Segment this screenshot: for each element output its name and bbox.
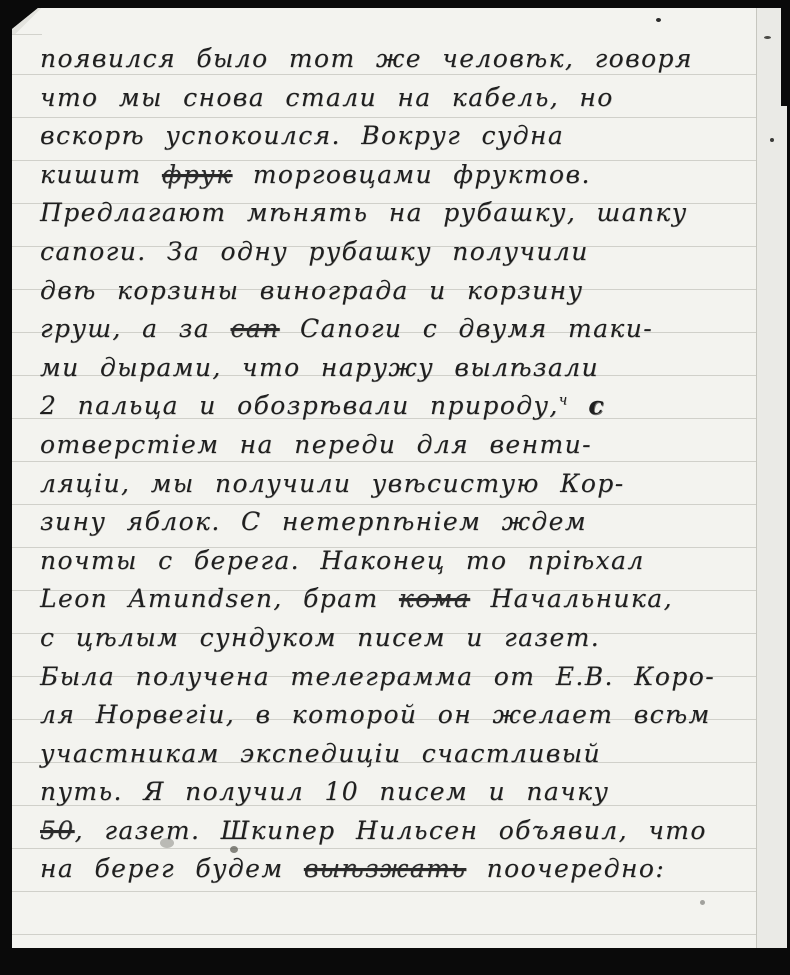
handwriting-segment: Предлагают мѣнять на рубашку, шапку xyxy=(40,198,688,227)
manuscript-line: Была получена телеграмма от Е.В. Коро- xyxy=(40,662,775,701)
manuscript-line: с цѣлым сундуком писем и газет. xyxy=(40,623,775,662)
manuscript-line: путь. Я получил 10 писем и пачку xyxy=(40,777,775,816)
manuscript-line: на берег будем выѣзжать поочередно: xyxy=(40,854,775,893)
struck-word: фрук xyxy=(162,160,233,189)
handwriting-segment: с xyxy=(567,391,605,420)
manuscript-line: вскорѣ успокоился. Вокруг судна xyxy=(40,121,775,160)
handwriting-segment: ляціи, мы получили увѣсистую Кор- xyxy=(40,469,625,498)
struck-word: выѣзжать xyxy=(304,854,466,883)
handwriting-segment: на берег будем xyxy=(40,854,304,883)
manuscript-line: Предлагают мѣнять на рубашку, шапку xyxy=(40,198,775,237)
struck-word: сап xyxy=(230,314,279,343)
manuscript-line: груш, а за сап Сапоги с двумя таки- xyxy=(40,314,775,353)
handwriting-segment: двѣ корзины винограда и корзину xyxy=(40,276,583,305)
manuscript-line: зину яблок. С нетерпѣніем ждем xyxy=(40,507,775,546)
handwriting-segment: с цѣлым сундуком писем и газет. xyxy=(40,623,600,652)
handwriting-segment: , газет. Шкипер Нильсен объявил, что xyxy=(75,816,707,845)
struck-word: кома xyxy=(399,584,470,613)
handwriting-segment: появился было тот же человѣк, говоря xyxy=(40,44,693,73)
handwriting-segment: ми дырами, что наружу вылѣзали xyxy=(40,353,599,382)
manuscript-line: отверстіем на переди для венти- xyxy=(40,430,775,469)
handwriting-segment: груш, а за xyxy=(40,314,230,343)
handwriting-segment: вскорѣ успокоился. Вокруг судна xyxy=(40,121,564,150)
manuscript-line: участникам экспедиціи счастливый xyxy=(40,739,775,778)
handwriting-segment: Сапоги с двумя таки- xyxy=(280,314,653,343)
scanned-page: появился было тот же человѣк, говорячто … xyxy=(0,0,790,975)
handwriting-segment: почты с берега. Наконец то пріѣхал xyxy=(40,546,645,575)
manuscript-line: кишит фрук торговцами фруктов. xyxy=(40,160,775,199)
handwriting-segment: Leon Amundsen, брат xyxy=(40,584,399,613)
handwriting-segment: Была получена телеграмма от Е.В. Коро- xyxy=(40,662,715,691)
handwriting-segment: отверстіем на переди для венти- xyxy=(40,430,592,459)
struck-word: 50 xyxy=(40,816,75,845)
handwriting-segment: сапоги. За одну рубашку получили xyxy=(40,237,589,266)
manuscript-line: появился было тот же человѣк, говоря xyxy=(40,44,775,83)
manuscript-lines: появился было тот же человѣк, говорячто … xyxy=(12,8,787,948)
manuscript-line: 2 пальца и обозрѣвали природу,ч с xyxy=(40,391,775,430)
handwriting-segment: Начальника, xyxy=(470,584,673,613)
handwriting-segment: поочередно: xyxy=(466,854,665,883)
handwriting-segment: 2 пальца и обозрѣвали природу, xyxy=(40,391,559,420)
manuscript-line: 50, газет. Шкипер Нильсен объявил, что xyxy=(40,816,775,855)
handwriting-segment: путь. Я получил 10 писем и пачку xyxy=(40,777,609,806)
handwriting-segment: ля Норвегіи, в которой он желает всѣм xyxy=(40,700,711,729)
manuscript-line: ля Норвегіи, в которой он желает всѣм xyxy=(40,700,775,739)
handwriting-segment: что мы снова стали на кабель, но xyxy=(40,83,614,112)
handwriting-segment: кишит xyxy=(40,160,162,189)
manuscript-line: ми дырами, что наружу вылѣзали xyxy=(40,353,775,392)
manuscript-line: почты с берега. Наконец то пріѣхал xyxy=(40,546,775,585)
manuscript-line: двѣ корзины винограда и корзину xyxy=(40,276,775,315)
manuscript-line: что мы снова стали на кабель, но xyxy=(40,83,775,122)
manuscript-line: сапоги. За одну рубашку получили xyxy=(40,237,775,276)
handwriting-segment: торговцами фруктов. xyxy=(232,160,590,189)
manuscript-line: ляціи, мы получили увѣсистую Кор- xyxy=(40,469,775,508)
manuscript-line: Leon Amundsen, брат кома Начальника, xyxy=(40,584,775,623)
handwriting-segment: участникам экспедиціи счастливый xyxy=(40,739,601,768)
handwriting-segment: зину яблок. С нетерпѣніем ждем xyxy=(40,507,587,536)
